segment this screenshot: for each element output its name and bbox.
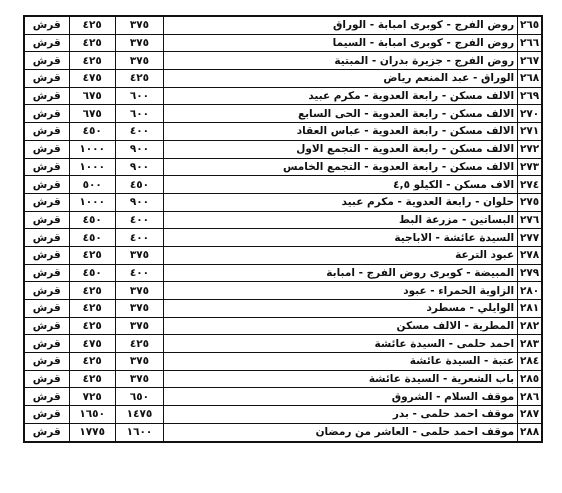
old-fare-cell: ٣٧٥ [115,282,163,300]
table-row: ٢٧٨ عبود الترعة ٣٧٥ ٤٢٥ قرش [24,246,542,264]
new-fare-cell: ١٠٠٠ [69,158,115,176]
new-fare-cell: ٤٢٥ [69,52,115,70]
currency-cell: قرش [24,317,69,335]
table-row: ٢٧٢ الالف مسكن - رابعة العدوية - التجمع … [24,140,542,158]
new-fare-cell: ١٦٥٠ [69,406,115,424]
new-fare-cell: ٤٢٥ [69,370,115,388]
old-fare-cell: ٣٧٥ [115,300,163,318]
old-fare-cell: ٣٧٥ [115,246,163,264]
old-fare-cell: ٩٠٠ [115,193,163,211]
new-fare-cell: ١٠٠٠ [69,140,115,158]
route-number-cell: ٢٨٠ [518,282,542,300]
new-fare-cell: ٦٧٥ [69,105,115,123]
route-name-cell: البساتين - مزرعة البط [164,211,518,229]
currency-cell: قرش [24,70,69,88]
route-number-cell: ٢٦٩ [518,87,542,105]
route-number-cell: ٢٦٨ [518,70,542,88]
old-fare-cell: ٦٠٠ [115,105,163,123]
old-fare-cell: ٩٠٠ [115,158,163,176]
route-name-cell: المطرية - الالف مسكن [164,317,518,335]
currency-cell: قرش [24,87,69,105]
table-row: ٢٨٨ موقف احمد حلمى - العاشر من رمضان ١٦٠… [24,423,542,441]
currency-cell: قرش [24,353,69,371]
old-fare-cell: ٣٧٥ [115,34,163,52]
route-number-cell: ٢٨٤ [518,353,542,371]
table-row: ٢٧٩ المبيضة - كوبرى روض الفرج - امبابة ٤… [24,264,542,282]
currency-cell: قرش [24,335,69,353]
old-fare-cell: ٣٧٥ [115,317,163,335]
currency-cell: قرش [24,211,69,229]
currency-cell: قرش [24,176,69,194]
route-name-cell: احمد حلمى - السيدة عائشة [164,335,518,353]
route-number-cell: ٢٨٢ [518,317,542,335]
table-row: ٢٦٥ روض الفرج - كوبرى امبابة - الوراق ٣٧… [24,16,542,34]
new-fare-cell: ١٧٧٥ [69,423,115,441]
table-row: ٢٦٨ الوراق - عبد المنعم رياض ٤٢٥ ٤٧٥ قرش [24,70,542,88]
currency-cell: قرش [24,16,69,34]
new-fare-cell: ٤٧٥ [69,70,115,88]
old-fare-cell: ٣٧٥ [115,52,163,70]
route-name-cell: روض الفرج - كوبرى امبابة - الوراق [164,16,518,34]
currency-cell: قرش [24,140,69,158]
route-name-cell: الالف مسكن - رابعة العدوية - التجمع الخا… [164,158,518,176]
old-fare-cell: ٤٠٠ [115,211,163,229]
route-number-cell: ٢٧٨ [518,246,542,264]
table-row: ٢٧٧ السيدة عائشة - الاباجية ٤٠٠ ٤٥٠ قرش [24,229,542,247]
route-name-cell: الوايلي - مسطرد [164,300,518,318]
new-fare-cell: ٤٢٥ [69,353,115,371]
table-row: ٢٧٤ الاف مسكن - الكيلو ٤,٥ ٤٥٠ ٥٠٠ قرش [24,176,542,194]
table-row: ٢٦٧ روض الفرج - جزيرة بدران - المبتية ٣٧… [24,52,542,70]
route-name-cell: السيدة عائشة - الاباجية [164,229,518,247]
table-row: ٢٧٦ البساتين - مزرعة البط ٤٠٠ ٤٥٠ قرش [24,211,542,229]
route-number-cell: ٢٨٣ [518,335,542,353]
fare-table: ٢٦٥ روض الفرج - كوبرى امبابة - الوراق ٣٧… [23,15,543,443]
route-number-cell: ٢٧٧ [518,229,542,247]
route-name-cell: الالف مسكن - رابعة العدوية - عباس العقاد [164,123,518,141]
route-name-cell: الالف مسكن - رابعة العدوية - الحى السابع [164,105,518,123]
table-row: ٢٨٣ احمد حلمى - السيدة عائشة ٤٢٥ ٤٧٥ قرش [24,335,542,353]
currency-cell: قرش [24,246,69,264]
route-name-cell: عبود الترعة [164,246,518,264]
route-number-cell: ٢٨١ [518,300,542,318]
new-fare-cell: ٤٢٥ [69,16,115,34]
old-fare-cell: ٤٢٥ [115,335,163,353]
currency-cell: قرش [24,229,69,247]
route-name-cell: عتبة - السيدة عائشة [164,353,518,371]
old-fare-cell: ٤٠٠ [115,264,163,282]
currency-cell: قرش [24,193,69,211]
old-fare-cell: ٣٧٥ [115,370,163,388]
new-fare-cell: ٤٥٠ [69,229,115,247]
route-name-cell: الاف مسكن - الكيلو ٤,٥ [164,176,518,194]
currency-cell: قرش [24,370,69,388]
route-number-cell: ٢٧٣ [518,158,542,176]
currency-cell: قرش [24,300,69,318]
route-number-cell: ٢٦٥ [518,16,542,34]
route-number-cell: ٢٧٩ [518,264,542,282]
new-fare-cell: ٤٥٠ [69,123,115,141]
table-row: ٢٦٩ الالف مسكن - رابعة العدوية - مكرم عب… [24,87,542,105]
new-fare-cell: ٤٥٠ [69,264,115,282]
old-fare-cell: ٤٢٥ [115,70,163,88]
old-fare-cell: ٦٥٠ [115,388,163,406]
route-name-cell: روض الفرج - جزيرة بدران - المبتية [164,52,518,70]
table-row: ٢٨٧ موقف احمد حلمى - بدر ١٤٧٥ ١٦٥٠ قرش [24,406,542,424]
route-number-cell: ٢٨٨ [518,423,542,441]
currency-cell: قرش [24,158,69,176]
route-number-cell: ٢٧٦ [518,211,542,229]
table-row: ٢٨٢ المطرية - الالف مسكن ٣٧٥ ٤٢٥ قرش [24,317,542,335]
route-name-cell: المبيضة - كوبرى روض الفرج - امبابة [164,264,518,282]
old-fare-cell: ٤٠٠ [115,123,163,141]
table-row: ٢٨٦ موقف السلام - الشروق ٦٥٠ ٧٢٥ قرش [24,388,542,406]
route-name-cell: باب الشعرية - السيدة عائشة [164,370,518,388]
currency-cell: قرش [24,406,69,424]
route-name-cell: الالف مسكن - رابعة العدوية - مكرم عبيد [164,87,518,105]
old-fare-cell: ٣٧٥ [115,16,163,34]
route-number-cell: ٢٧٢ [518,140,542,158]
table-row: ٢٨١ الوايلي - مسطرد ٣٧٥ ٤٢٥ قرش [24,300,542,318]
route-name-cell: موقف احمد حلمى - بدر [164,406,518,424]
route-number-cell: ٢٧١ [518,123,542,141]
table-row: ٢٧٥ حلوان - رابعة العدوية - مكرم عبيد ٩٠… [24,193,542,211]
new-fare-cell: ٤٥٠ [69,211,115,229]
old-fare-cell: ٤٥٠ [115,176,163,194]
old-fare-cell: ٣٧٥ [115,353,163,371]
table-row: ٢٧٠ الالف مسكن - رابعة العدوية - الحى ال… [24,105,542,123]
table-row: ٢٧١ الالف مسكن - رابعة العدوية - عباس ال… [24,123,542,141]
old-fare-cell: ١٤٧٥ [115,406,163,424]
table-row: ٢٧٣ الالف مسكن - رابعة العدوية - التجمع … [24,158,542,176]
route-number-cell: ٢٨٧ [518,406,542,424]
route-name-cell: الوراق - عبد المنعم رياض [164,70,518,88]
new-fare-cell: ٧٢٥ [69,388,115,406]
currency-cell: قرش [24,423,69,441]
route-name-cell: حلوان - رابعة العدوية - مكرم عبيد [164,193,518,211]
old-fare-cell: ٩٠٠ [115,140,163,158]
currency-cell: قرش [24,282,69,300]
new-fare-cell: ٤٢٥ [69,246,115,264]
currency-cell: قرش [24,388,69,406]
old-fare-cell: ٦٠٠ [115,87,163,105]
route-name-cell: الالف مسكن - رابعة العدوية - التجمع الاو… [164,140,518,158]
route-number-cell: ٢٧٠ [518,105,542,123]
currency-cell: قرش [24,34,69,52]
route-number-cell: ٢٧٤ [518,176,542,194]
table-row: ٢٨٠ الزاوية الحمراء - عبود ٣٧٥ ٤٢٥ قرش [24,282,542,300]
currency-cell: قرش [24,52,69,70]
currency-cell: قرش [24,105,69,123]
table-row: ٢٦٦ روض الفرج - كوبرى امبابة - السيما ٣٧… [24,34,542,52]
new-fare-cell: ٤٧٥ [69,335,115,353]
currency-cell: قرش [24,123,69,141]
new-fare-cell: ٤٢٥ [69,34,115,52]
old-fare-cell: ٤٠٠ [115,229,163,247]
route-number-cell: ٢٦٦ [518,34,542,52]
new-fare-cell: ٤٢٥ [69,317,115,335]
currency-cell: قرش [24,264,69,282]
route-number-cell: ٢٨٦ [518,388,542,406]
table-row: ٢٨٤ عتبة - السيدة عائشة ٣٧٥ ٤٢٥ قرش [24,353,542,371]
table-row: ٢٨٥ باب الشعرية - السيدة عائشة ٣٧٥ ٤٢٥ ق… [24,370,542,388]
route-name-cell: روض الفرج - كوبرى امبابة - السيما [164,34,518,52]
new-fare-cell: ٦٧٥ [69,87,115,105]
fare-table-body: ٢٦٥ روض الفرج - كوبرى امبابة - الوراق ٣٧… [24,16,542,442]
new-fare-cell: ٤٢٥ [69,300,115,318]
route-number-cell: ٢٨٥ [518,370,542,388]
route-number-cell: ٢٦٧ [518,52,542,70]
route-name-cell: موقف احمد حلمى - العاشر من رمضان [164,423,518,441]
route-name-cell: موقف السلام - الشروق [164,388,518,406]
route-number-cell: ٢٧٥ [518,193,542,211]
old-fare-cell: ١٦٠٠ [115,423,163,441]
route-name-cell: الزاوية الحمراء - عبود [164,282,518,300]
new-fare-cell: ٤٢٥ [69,282,115,300]
new-fare-cell: ٥٠٠ [69,176,115,194]
new-fare-cell: ١٠٠٠ [69,193,115,211]
